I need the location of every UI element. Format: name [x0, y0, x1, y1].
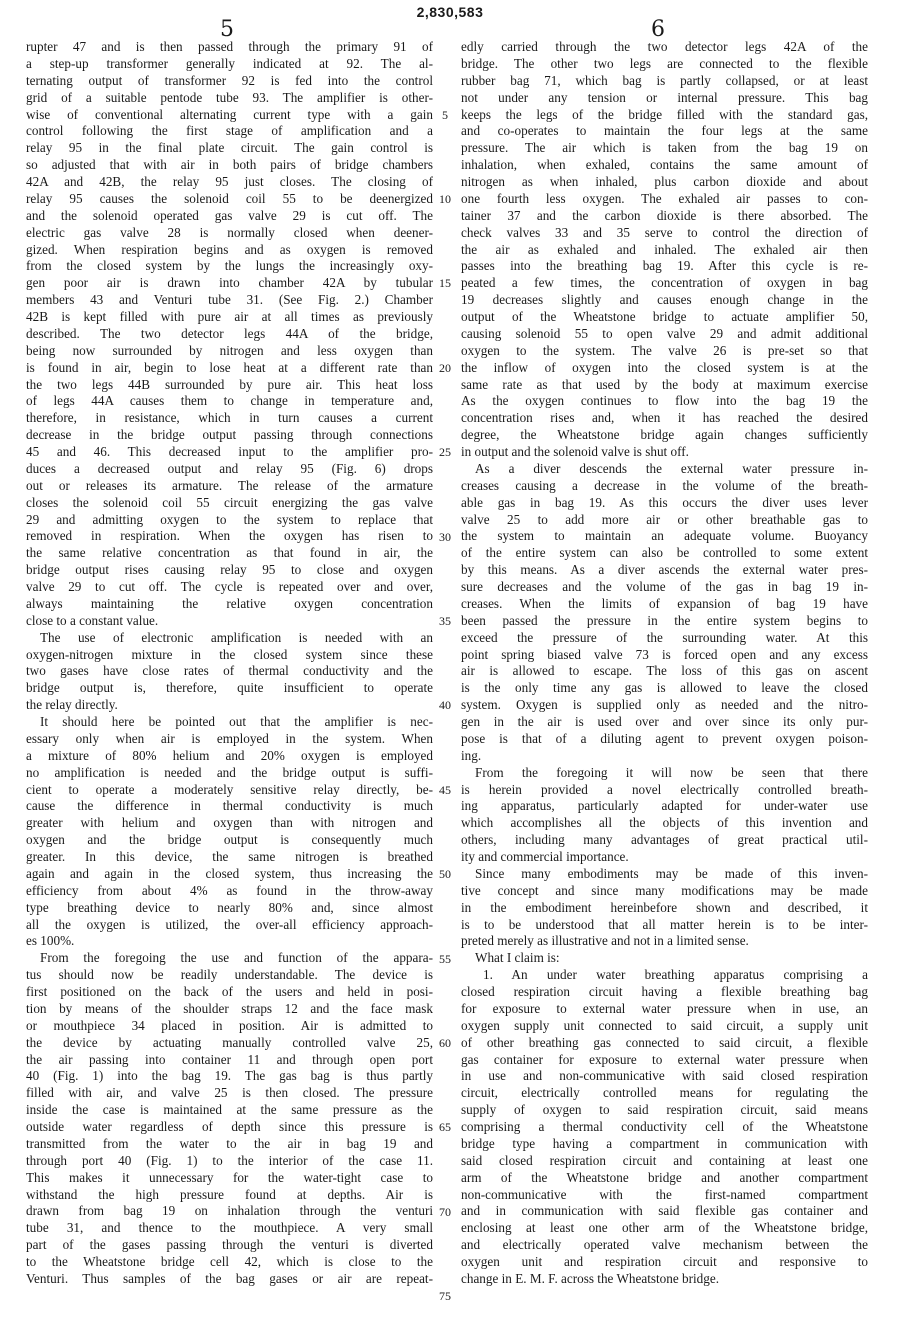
text-line: gized. When respiration begins and as ox… [26, 242, 433, 259]
text-line: 19 decreases slightly and causes enough … [461, 292, 868, 309]
text-line: for exposure to external water pressure … [461, 1001, 868, 1018]
text-line: the same relative concentration as that … [26, 545, 433, 562]
text-line: 45 and 46. This decreased input to the a… [26, 444, 433, 461]
text-line: therefore, in resistance, which in turn … [26, 410, 433, 427]
text-line: bridge type having a compartment in comm… [461, 1136, 868, 1153]
text-line: cient to operate a moderately sensitive … [26, 782, 433, 799]
text-line: a step-up transformer generally indicate… [26, 56, 433, 73]
text-line: described. The two detector legs 44A of … [26, 326, 433, 343]
patent-number: 2,830,583 [0, 4, 900, 20]
text-line: As a diver descends the external water p… [461, 461, 868, 478]
text-line: non-communicative with the first-named c… [461, 1187, 868, 1204]
text-line: and co-operates to maintain the four leg… [461, 123, 868, 140]
text-line: which accomplishes all the objects of th… [461, 815, 868, 832]
line-number: 20 [432, 361, 458, 376]
line-number: 5 [432, 108, 458, 123]
text-line: ing. [461, 748, 868, 765]
text-line: 42B is kept filled with pure air at all … [26, 309, 433, 326]
text-line: by this means. As a diver ascends the ex… [461, 562, 868, 579]
text-line: relay 95 in the final plate circuit. The… [26, 140, 433, 157]
text-line: oxygen-nitrogen mixture in the closed sy… [26, 647, 433, 664]
text-line: tainer 37 and the carbon dioxide is ther… [461, 208, 868, 225]
text-line: valve 29 to cut off. The cycle is repeat… [26, 579, 433, 596]
text-line: inhalation, when exhaled, contains the s… [461, 157, 868, 174]
text-line: From the foregoing it will now be seen t… [461, 765, 868, 782]
text-line: rupter 47 and is then passed through the… [26, 39, 433, 56]
text-line: in the embodiment hereinbefore shown and… [461, 900, 868, 917]
text-line: essary only when air is employed in the … [26, 731, 433, 748]
text-line: and in communication with said flexible … [461, 1203, 868, 1220]
text-line: gen in the air is used over and over sin… [461, 714, 868, 731]
text-line: oxygen to the system. The valve 26 is pr… [461, 343, 868, 360]
text-line: the inflow of oxygen into the closed sys… [461, 360, 868, 377]
text-line: causing solenoid 55 to open valve 29 and… [461, 326, 868, 343]
line-number: 75 [432, 1289, 458, 1304]
text-line: close to a constant value. [26, 613, 433, 630]
text-line: same rate as that used by the body at ma… [461, 377, 868, 394]
text-line: first positioned on the back of the user… [26, 984, 433, 1001]
line-number: 15 [432, 276, 458, 291]
text-line: pressure. The air which is taken from th… [461, 140, 868, 157]
text-line: again and again in the closed system, th… [26, 866, 433, 883]
text-line: rubber bag 71, which bag is partly colla… [461, 73, 868, 90]
text-line: From the foregoing the use and function … [26, 950, 433, 967]
text-line: creases. When the limits of expansion of… [461, 596, 868, 613]
text-line: It should here be pointed out that the a… [26, 714, 433, 731]
text-line: 29 and admitting oxygen to the system to… [26, 512, 433, 529]
text-line: 40 (Fig. 1) into the bag 19. The gas bag… [26, 1068, 433, 1085]
text-line: duces a decreased output and relay 95 (F… [26, 461, 433, 478]
text-line: ternating output of transformer 92 is fe… [26, 73, 433, 90]
text-line: 42A and 42B, the relay 95 just closes. T… [26, 174, 433, 191]
text-line: peated a few times, the concentration of… [461, 275, 868, 292]
text-line: drawn from bag 19 on inhalation through … [26, 1203, 433, 1220]
text-line: in use and non-communicative with said c… [461, 1068, 868, 1085]
text-line: grid of a suitable pentode tube 93. The … [26, 90, 433, 107]
text-line: transmitted from the water to the air in… [26, 1136, 433, 1153]
right-text-column: edly carried through the two detector le… [461, 39, 868, 1288]
text-line: oxygen and the bridge output is conseque… [26, 832, 433, 849]
text-line: the relay directly. [26, 697, 433, 714]
text-line: What I claim is: [461, 950, 868, 967]
text-line: members 43 and Venturi tube 31. (See Fig… [26, 292, 433, 309]
text-line: not under any tension or internal pressu… [461, 90, 868, 107]
line-number: 60 [432, 1036, 458, 1051]
line-number: 45 [432, 783, 458, 798]
text-line: is herein provided a novel electrically … [461, 782, 868, 799]
text-line: in output and the solenoid valve is shut… [461, 444, 868, 461]
text-line: is the only time any gas is allowed to l… [461, 680, 868, 697]
text-line: tus should now be readily understandable… [26, 967, 433, 984]
text-line: electric gas valve 28 is normally closed… [26, 225, 433, 242]
text-line: removed in respiration. When the oxygen … [26, 528, 433, 545]
text-line: out or releases its armature. The releas… [26, 478, 433, 495]
text-line: output of the Wheatstone bridge to actua… [461, 309, 868, 326]
text-line: through port 40 (Fig. 1) to the interior… [26, 1153, 433, 1170]
text-line: air is allowed to escape. The loss of th… [461, 663, 868, 680]
text-line: to the Wheatstone bridge cell 42, which … [26, 1254, 433, 1271]
text-line: the air passing into container 11 and th… [26, 1052, 433, 1069]
line-number: 40 [432, 698, 458, 713]
text-line: cause the difference in thermal conducti… [26, 798, 433, 815]
text-line: creases causing a decrease in the volume… [461, 478, 868, 495]
text-line: passes into the breathing bag 19. After … [461, 258, 868, 275]
text-line: is found in air, begin to lose heat at a… [26, 360, 433, 377]
line-number: 50 [432, 867, 458, 882]
text-line: keeps the legs of the bridge filled with… [461, 107, 868, 124]
text-line: part of the gases passing through the ve… [26, 1237, 433, 1254]
text-line: Venturi. Thus samples of the bag gases o… [26, 1271, 433, 1288]
line-number: 25 [432, 445, 458, 460]
text-line: gas container for exposure to external w… [461, 1052, 868, 1069]
text-line: always maintaining the relative oxygen c… [26, 596, 433, 613]
text-line: valve 25 to add more air or other breath… [461, 512, 868, 529]
text-line: edly carried through the two detector le… [461, 39, 868, 56]
text-line: the two legs 44B surrounded by pure air.… [26, 377, 433, 394]
text-line: closes the solenoid coil 55 circuit ener… [26, 495, 433, 512]
text-line: ity and commercial importance. [461, 849, 868, 866]
text-line: others, including many advantages of gre… [461, 832, 868, 849]
text-line: oxygen supply unit connected to said cir… [461, 1018, 868, 1035]
text-line: efficiency from about 4% as found in the… [26, 883, 433, 900]
text-line: tion by means of the shoulder straps 12 … [26, 1001, 433, 1018]
text-line: bridge. The other two legs are connected… [461, 56, 868, 73]
text-line: withstand the high pressure found at dep… [26, 1187, 433, 1204]
text-line: concentration rises and, when it has rea… [461, 410, 868, 427]
text-line: closed respiration circuit having a flex… [461, 984, 868, 1001]
text-line: nitrogen as when inhaled, plus carbon di… [461, 174, 868, 191]
text-line: been passed the pressure in the entire s… [461, 613, 868, 630]
text-line: Since many embodiments may be made of th… [461, 866, 868, 883]
line-number: 30 [432, 530, 458, 545]
text-line: change in E. M. F. across the Wheatstone… [461, 1271, 868, 1288]
text-line: check valves 33 and 35 serve to control … [461, 225, 868, 242]
text-line: all the oxygen is utilized, the over-all… [26, 917, 433, 934]
text-line: circuit, electrically controlled means f… [461, 1085, 868, 1102]
text-line: two gases have close rates of thermal co… [26, 663, 433, 680]
text-line: said closed respiration circuit and cont… [461, 1153, 868, 1170]
text-line: one fourth less oxygen. The exhaled air … [461, 191, 868, 208]
text-line: a mixture of 80% helium and 20% oxygen i… [26, 748, 433, 765]
text-line: sure decreases and the volume of the gas… [461, 579, 868, 596]
text-line: pose is that of a diluting agent to prev… [461, 731, 868, 748]
text-line: ing apparatus, particularly adapted for … [461, 798, 868, 815]
text-line: 1. An under water breathing apparatus co… [461, 967, 868, 984]
text-line: degree, the Wheatstone bridge again chan… [461, 427, 868, 444]
text-line: or mouthpiece 34 placed in position. Air… [26, 1018, 433, 1035]
text-line: decrease in the bridge output passing th… [26, 427, 433, 444]
text-line: The use of electronic amplification is n… [26, 630, 433, 647]
text-line: This makes it unnecessary for the water-… [26, 1170, 433, 1187]
text-line: control following the first stage of amp… [26, 123, 433, 140]
text-line: filled with air, and valve 25 is then cl… [26, 1085, 433, 1102]
line-number: 65 [432, 1120, 458, 1135]
text-line: bridge output is, therefore, quite insuf… [26, 680, 433, 697]
line-number: 70 [432, 1205, 458, 1220]
text-line: gen poor air is drawn into chamber 42A b… [26, 275, 433, 292]
text-line: point spring biased valve 73 is forced o… [461, 647, 868, 664]
text-line: wise of conventional alternating current… [26, 107, 433, 124]
text-line: system. Oxygen is supplied only as neede… [461, 697, 868, 714]
text-line: outside water regardless of depth since … [26, 1119, 433, 1136]
text-line: of legs 44A causes them to change in tem… [26, 393, 433, 410]
text-line: type breathing device to nearly 80% and,… [26, 900, 433, 917]
text-line: the system to maintain an adequate volum… [461, 528, 868, 545]
text-line: relay 95 causes the solenoid coil 55 to … [26, 191, 433, 208]
text-line: of the entire system can also be control… [461, 545, 868, 562]
text-line: greater. In this device, the same nitrog… [26, 849, 433, 866]
text-line: of other breathing gas connected to said… [461, 1035, 868, 1052]
text-line: tube 31, and thence to the mouthpiece. A… [26, 1220, 433, 1237]
text-line: arm of the Wheatstone bridge and another… [461, 1170, 868, 1187]
text-line: bridge output rises causing relay 95 to … [26, 562, 433, 579]
text-line: able gas in bag 19. As this occurs the d… [461, 495, 868, 512]
text-line: tive concept and since many modification… [461, 883, 868, 900]
text-line: the device by actuating manually control… [26, 1035, 433, 1052]
line-number: 55 [432, 952, 458, 967]
text-line: so adjusted that with air in both pairs … [26, 157, 433, 174]
text-line: and the solenoid operated gas valve 29 i… [26, 208, 433, 225]
text-line: es 100%. [26, 933, 433, 950]
text-line: oxygen unit and respiration circuit and … [461, 1254, 868, 1271]
line-number: 35 [432, 614, 458, 629]
text-line: the air as exhaled and inhaled. The exha… [461, 242, 868, 259]
text-line: inside the case is maintained at the sam… [26, 1102, 433, 1119]
text-line: no amplification is needed and the bridg… [26, 765, 433, 782]
text-line: and electrically operated valve mechanis… [461, 1237, 868, 1254]
text-line: from the closed system by the lungs the … [26, 258, 433, 275]
line-number: 10 [432, 192, 458, 207]
text-line: supply of oxygen to said respiration cir… [461, 1102, 868, 1119]
left-text-column: rupter 47 and is then passed through the… [26, 39, 433, 1288]
text-line: being now surrounded by nitrogen and les… [26, 343, 433, 360]
text-line: comprising a thermal conductivity cell o… [461, 1119, 868, 1136]
text-line: greater with helium and oxygen than with… [26, 815, 433, 832]
text-line: is to be understood that all matter here… [461, 917, 868, 934]
text-line: preted merely as illustrative and not in… [461, 933, 868, 950]
text-line: exceed the pressure of the surrounding w… [461, 630, 868, 647]
text-line: As the oxygen continues to flow into the… [461, 393, 868, 410]
text-line: enclosing at least one other arm of the … [461, 1220, 868, 1237]
